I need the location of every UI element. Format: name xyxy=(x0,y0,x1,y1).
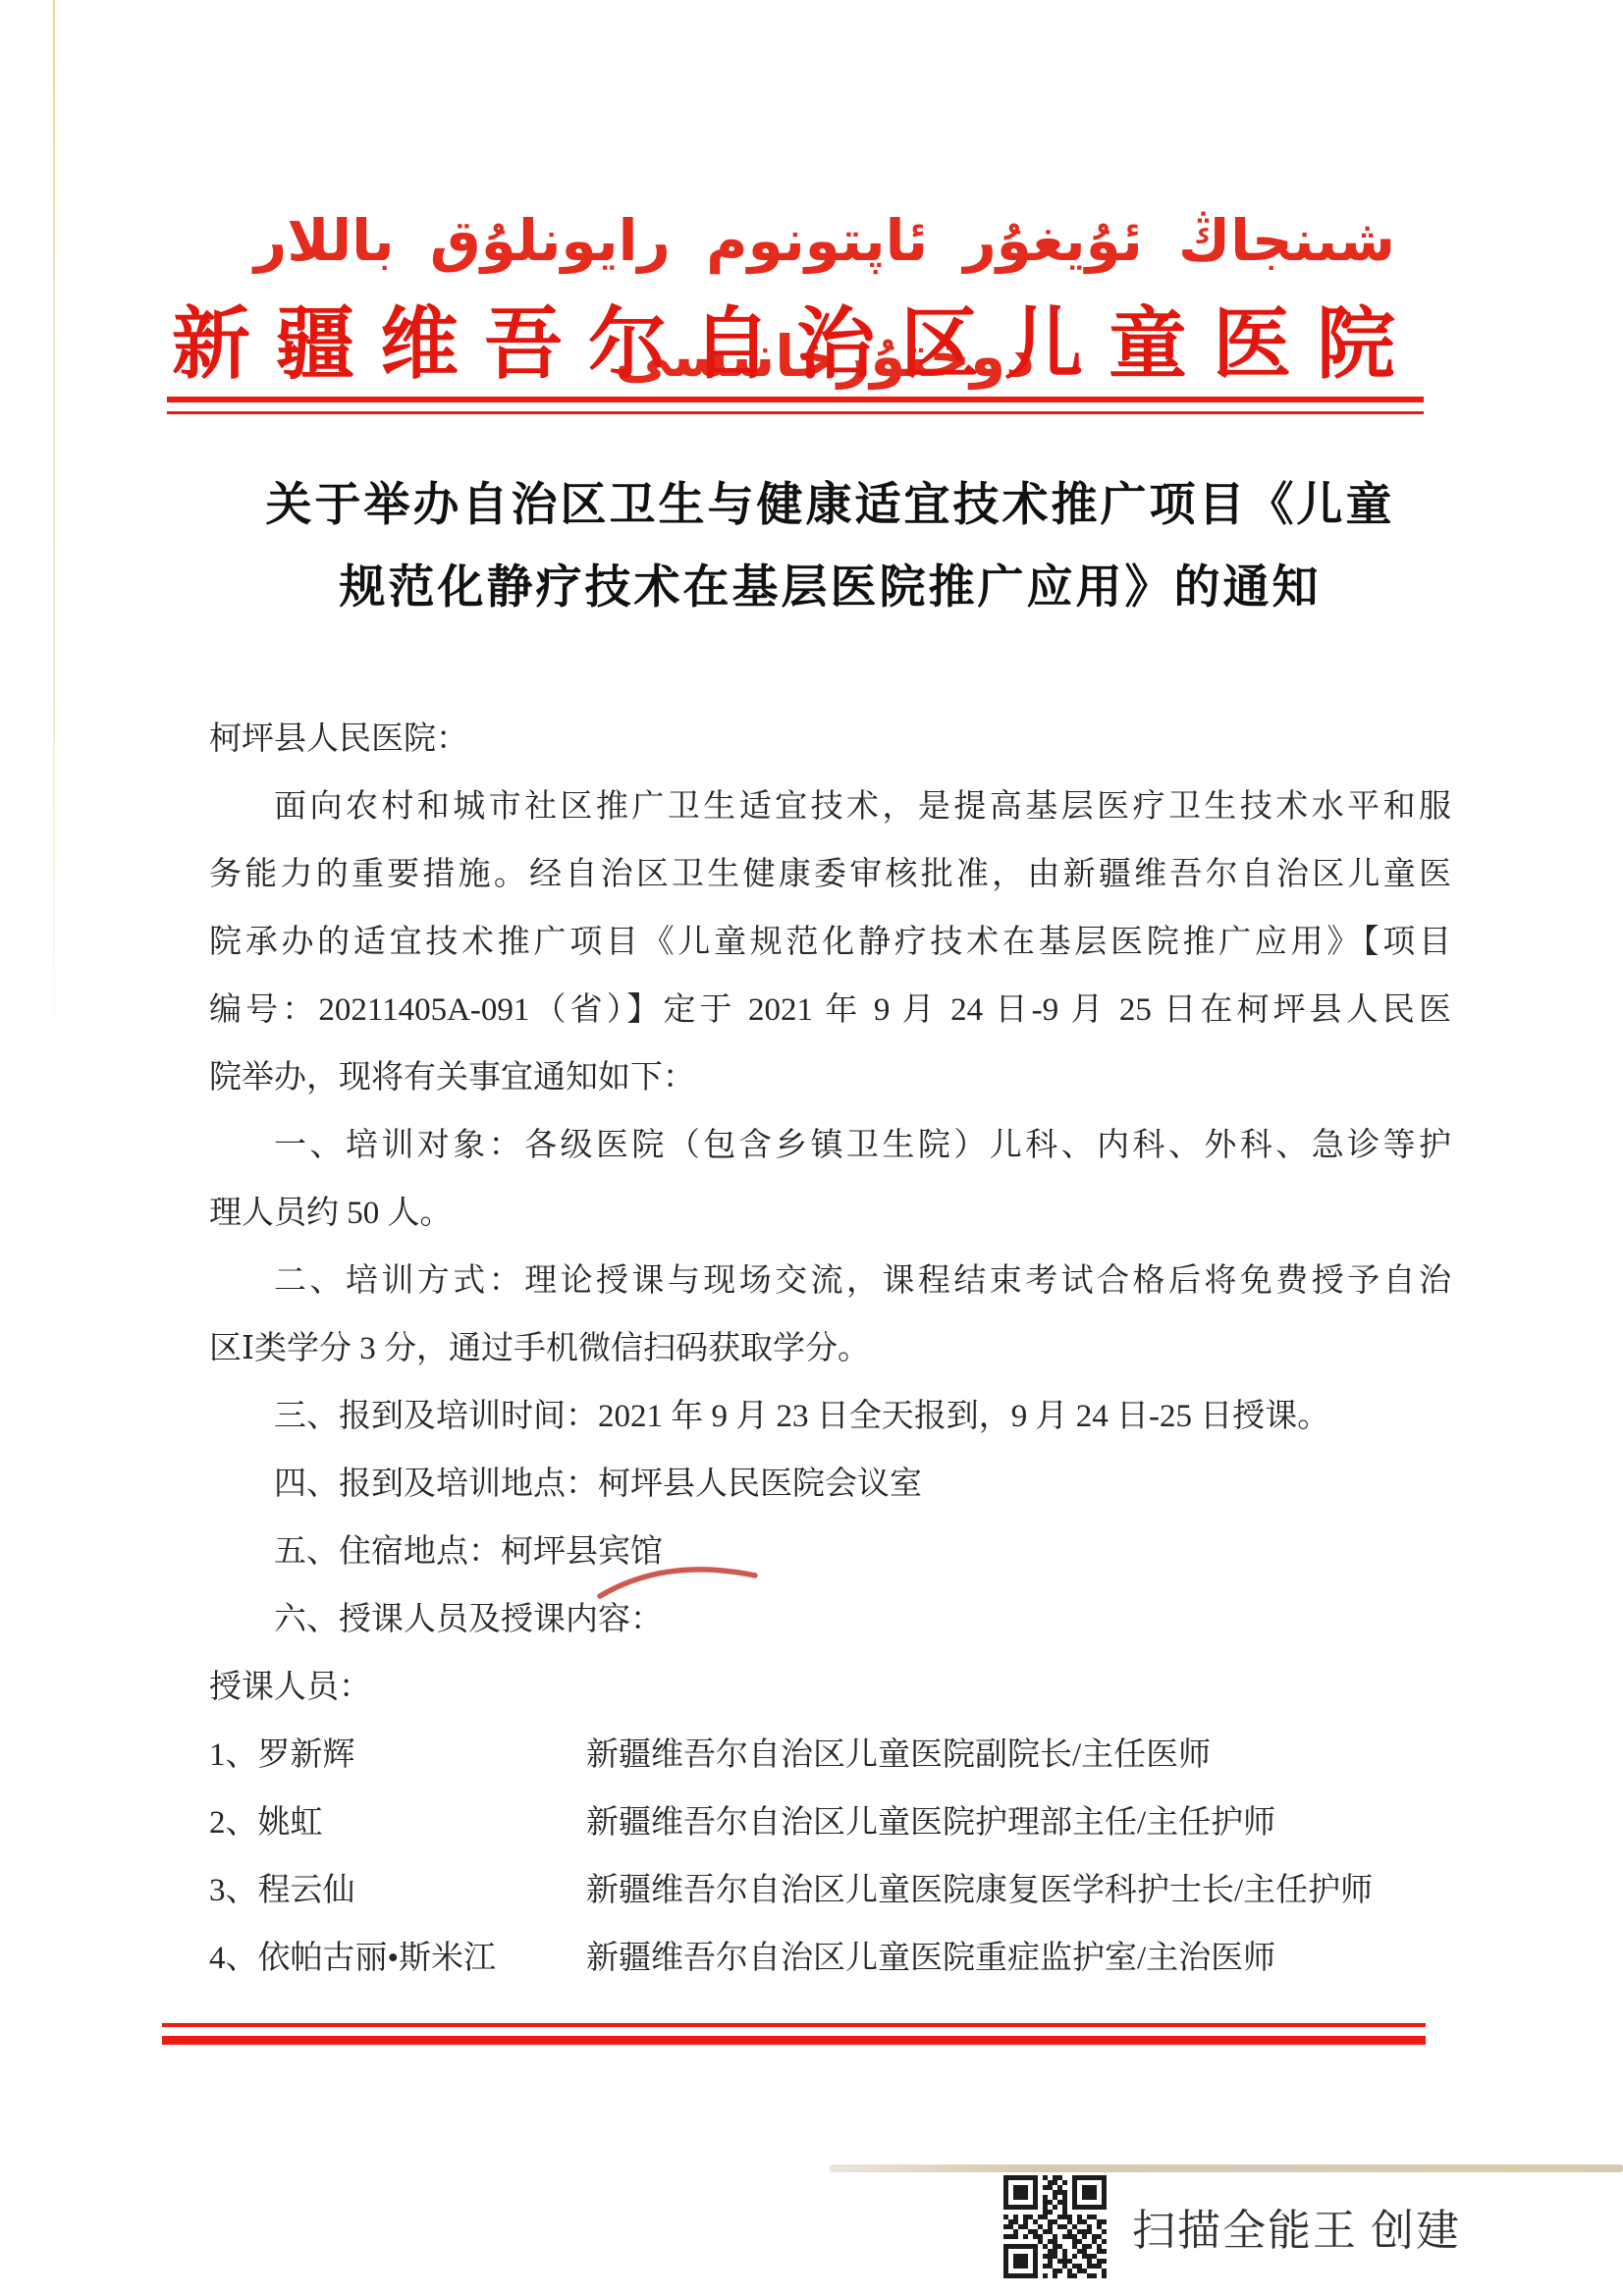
letterhead-rule-thick xyxy=(167,397,1424,402)
instructor-row: 2、姚虹新疆维吾尔自治区儿童医院护理部主任/主任护师 xyxy=(209,1789,1451,1857)
body-line: 院举办，现将有关事宜通知如下： xyxy=(209,1044,1451,1112)
instructor-name: 1、罗新辉 xyxy=(209,1722,586,1789)
instructor-list: 1、罗新辉新疆维吾尔自治区儿童医院副院长/主任医师2、姚虹新疆维吾尔自治区儿童医… xyxy=(209,1722,1451,1993)
letterhead-hospital-name: 新疆维吾尔自治区儿童医院 xyxy=(172,291,1546,400)
scan-artifact-vertical-line xyxy=(53,0,55,1060)
body-line: 四、报到及培训地点：柯坪县人民医院会议室 xyxy=(209,1451,1451,1519)
instructor-title: 新疆维吾尔自治区儿童医院重症监护室/主治医师 xyxy=(586,1925,1451,1993)
body-line: 编号：20211405A-091（省）】定于 2021 年 9 月 24 日-9… xyxy=(209,977,1451,1044)
instructor-name: 3、程云仙 xyxy=(209,1857,586,1925)
instructor-title: 新疆维吾尔自治区儿童医院康复医学科护士长/主任护师 xyxy=(586,1857,1451,1925)
document-title: 关于举办自治区卫生与健康适宜技术推广项目《儿童 规范化静疗技术在基层医院推广应用… xyxy=(209,464,1451,629)
body-line: 面向农村和城市社区推广卫生适宜技术，是提高基层医疗卫生技术水平和服 xyxy=(209,774,1451,841)
body-line: 柯坪县人民医院： xyxy=(209,706,1451,774)
notice-body: 柯坪县人民医院：面向农村和城市社区推广卫生适宜技术，是提高基层医疗卫生技术水平和… xyxy=(209,706,1451,1993)
body-line: 三、报到及培训时间：2021 年 9 月 23 日全天报到，9 月 24 日-2… xyxy=(209,1383,1451,1451)
instructor-title: 新疆维吾尔自治区儿童医院副院长/主任医师 xyxy=(586,1722,1451,1789)
letterhead-uyghur-name: شىنجاڭ ئۇيغۇر ئاپتونوم رايونلۇق باللار د… xyxy=(167,183,1483,298)
scan-artifact-page-edge xyxy=(830,2164,1623,2172)
instructor-row: 1、罗新辉新疆维吾尔自治区儿童医院副院长/主任医师 xyxy=(209,1722,1451,1789)
instructor-row: 4、依帕古丽•斯米江新疆维吾尔自治区儿童医院重症监护室/主治医师 xyxy=(209,1925,1451,1993)
qr-code-icon xyxy=(1003,2175,1107,2278)
body-lines: 柯坪县人民医院：面向农村和城市社区推广卫生适宜技术，是提高基层医疗卫生技术水平和… xyxy=(209,706,1451,1722)
letterhead-rule-thin xyxy=(167,411,1424,414)
body-line: 理人员约 50 人。 xyxy=(209,1180,1451,1248)
instructor-row: 3、程云仙新疆维吾尔自治区儿童医院康复医学科护士长/主任护师 xyxy=(209,1857,1451,1925)
document-title-line2: 规范化静疗技术在基层医院推广应用》的通知 xyxy=(209,547,1451,629)
footer-rule-thin xyxy=(162,2023,1426,2027)
document-title-line1: 关于举办自治区卫生与健康适宜技术推广项目《儿童 xyxy=(209,464,1451,547)
scanned-notice-page: شىنجاڭ ئۇيغۇر ئاپتونوم رايونلۇق باللار د… xyxy=(0,0,1623,2296)
instructor-name: 4、依帕古丽•斯米江 xyxy=(209,1925,586,1993)
body-line: 授课人员： xyxy=(209,1654,1451,1722)
camscanner-watermark: 扫描全能王 创建 xyxy=(1003,2173,1461,2279)
footer-rule-thick xyxy=(162,2036,1426,2045)
body-line: 院承办的适宜技术推广项目《儿童规范化静疗技术在基层医院推广应用》【项目 xyxy=(209,909,1451,977)
instructor-title: 新疆维吾尔自治区儿童医院护理部主任/主任护师 xyxy=(586,1789,1451,1857)
body-line: 务能力的重要措施。经自治区卫生健康委审核批准，由新疆维吾尔自治区儿童医 xyxy=(209,841,1451,909)
body-line: 六、授课人员及授课内容： xyxy=(209,1586,1451,1654)
instructor-name: 2、姚虹 xyxy=(209,1789,586,1857)
body-line: 一、培训对象：各级医院（包含乡镇卫生院）儿科、内科、外科、急诊等护 xyxy=(209,1112,1451,1180)
body-line: 五、住宿地点：柯坪县宾馆 xyxy=(209,1519,1451,1586)
body-line: 二、培训方式：理论授课与现场交流，课程结束考试合格后将免费授予自治 xyxy=(209,1248,1451,1315)
red-pen-arc-mark xyxy=(595,1557,764,1604)
camscanner-label: 扫描全能王 创建 xyxy=(1132,2195,1461,2258)
body-line: 区Ⅰ类学分 3 分，通过手机微信扫码获取学分。 xyxy=(209,1315,1451,1383)
